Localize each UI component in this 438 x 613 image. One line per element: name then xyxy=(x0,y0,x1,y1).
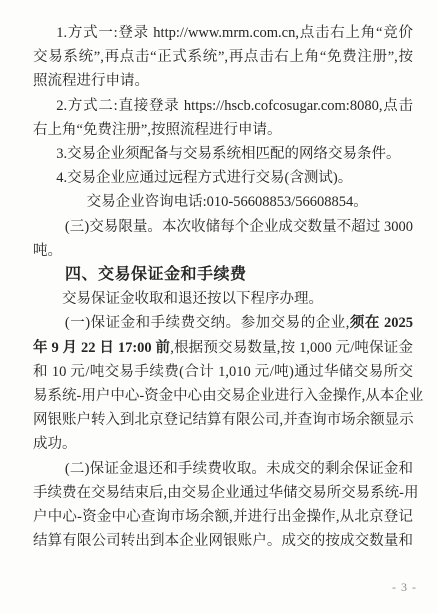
text-segment: 交易系统”,再点击“正式系统”,再点击右上角“免费注册”,按 xyxy=(33,49,413,65)
text-line: 右上角“免费注册”,按照流程进行申请。 xyxy=(33,118,413,142)
text-segment: 手续费在交易结束后,由交易企业通过华储交易所交易系统-用 xyxy=(33,485,418,501)
bold-text-segment: 须在 2025 xyxy=(349,315,413,331)
text-segment: 和 10 元/吨交易手续费(合计 1,010 元/吨)通过华储交易所交 xyxy=(33,364,413,380)
text-segment: 结算有限公司转出到本企业网银账户。成交的按成交数量和 xyxy=(33,533,413,549)
text-segment: 2.方式二:直接登录 https://hscb.cofcosugar.com:8… xyxy=(56,98,413,114)
text-segment: ,根据预交易数量,按 1,000 元/吨保证金 xyxy=(170,340,413,356)
text-line: (一)保证金和手续费交纳。参加交易的企业,须在 2025 xyxy=(33,311,413,335)
text-segment: 照流程进行申请。 xyxy=(33,73,149,89)
text-line: 手续费在交易结束后,由交易企业通过华储交易所交易系统-用 xyxy=(33,481,413,505)
text-segment: 易系统-用户中心-资金中心由交易企业进行入金操作,从本企业 xyxy=(33,388,423,404)
text-line: 吨。 xyxy=(33,239,413,263)
text-segment: 4.交易企业应通过远程方式进行交易(含测试)。 xyxy=(56,170,352,186)
document-page: 1.方式一:登录 http://www.mrm.com.cn,点击右上角“竞价交… xyxy=(0,0,438,613)
text-segment: 右上角“免费注册”,按照流程进行申请。 xyxy=(33,122,282,138)
text-line: (二)保证金退还和手续费收取。未成交的剩余保证金和 xyxy=(33,457,413,481)
text-line: 4.交易企业应通过远程方式进行交易(含测试)。 xyxy=(33,166,413,190)
text-line: 1.方式一:登录 http://www.mrm.com.cn,点击右上角“竞价 xyxy=(33,21,413,45)
text-segment: 网银账户转入到北京登记结算有限公司,并查询市场余额显示 xyxy=(33,412,414,428)
bold-text-segment: 四、交易保证金和手续费 xyxy=(65,266,247,283)
text-segment: 吨。 xyxy=(33,243,62,259)
text-line: (三)交易限量。本次收储每个企业成交数量不超过 3000 xyxy=(33,215,413,239)
text-line: 网银账户转入到北京登记结算有限公司,并查询市场余额显示 xyxy=(33,408,413,432)
text-line: 3.交易企业须配备与交易系统相匹配的网络交易条件。 xyxy=(33,142,413,166)
text-line: 年 9 月 22 日 17:00 前,根据预交易数量,按 1,000 元/吨保证… xyxy=(33,336,413,360)
text-line: 2.方式二:直接登录 https://hscb.cofcosugar.com:8… xyxy=(33,94,413,118)
text-line: 交易系统”,再点击“正式系统”,再点击右上角“免费注册”,按 xyxy=(33,45,413,69)
text-segment: (一)保证金和手续费交纳。参加交易的企业, xyxy=(65,315,349,331)
page-number: - 3 - xyxy=(392,580,417,595)
bold-text-segment: 年 9 月 22 日 17:00 前 xyxy=(33,340,170,356)
text-segment: 成功。 xyxy=(33,436,77,452)
text-line: 和 10 元/吨交易手续费(合计 1,010 元/吨)通过华储交易所交 xyxy=(33,360,413,384)
text-line: 成功。 xyxy=(33,432,413,456)
text-segment: 3.交易企业须配备与交易系统相匹配的网络交易条件。 xyxy=(56,146,400,162)
text-line: 易系统-用户中心-资金中心由交易企业进行入金操作,从本企业 xyxy=(33,384,413,408)
text-segment: 交易企业咨询电话:010-56608853/56608854。 xyxy=(87,194,368,210)
text-segment: 交易保证金收取和退还按以下程序办理。 xyxy=(62,291,323,307)
text-segment: (二)保证金退还和手续费收取。未成交的剩余保证金和 xyxy=(65,461,413,477)
text-line: 结算有限公司转出到本企业网银账户。成交的按成交数量和 xyxy=(33,529,413,553)
text-line: 交易保证金收取和退还按以下程序办理。 xyxy=(33,287,413,311)
text-line: 交易企业咨询电话:010-56608853/56608854。 xyxy=(33,190,413,214)
text-segment: 1.方式一:登录 http://www.mrm.com.cn,点击右上角“竞价 xyxy=(56,25,413,41)
document-body: 1.方式一:登录 http://www.mrm.com.cn,点击右上角“竞价交… xyxy=(33,21,413,553)
text-segment: (三)交易限量。本次收储每个企业成交数量不超过 3000 xyxy=(65,219,413,235)
section-heading: 四、交易保证金和手续费 xyxy=(33,263,413,287)
text-segment: 户中心-资金中心查询市场余额,并进行出金操作,从北京登记 xyxy=(33,509,413,525)
text-line: 照流程进行申请。 xyxy=(33,69,413,93)
text-line: 户中心-资金中心查询市场余额,并进行出金操作,从北京登记 xyxy=(33,505,413,529)
